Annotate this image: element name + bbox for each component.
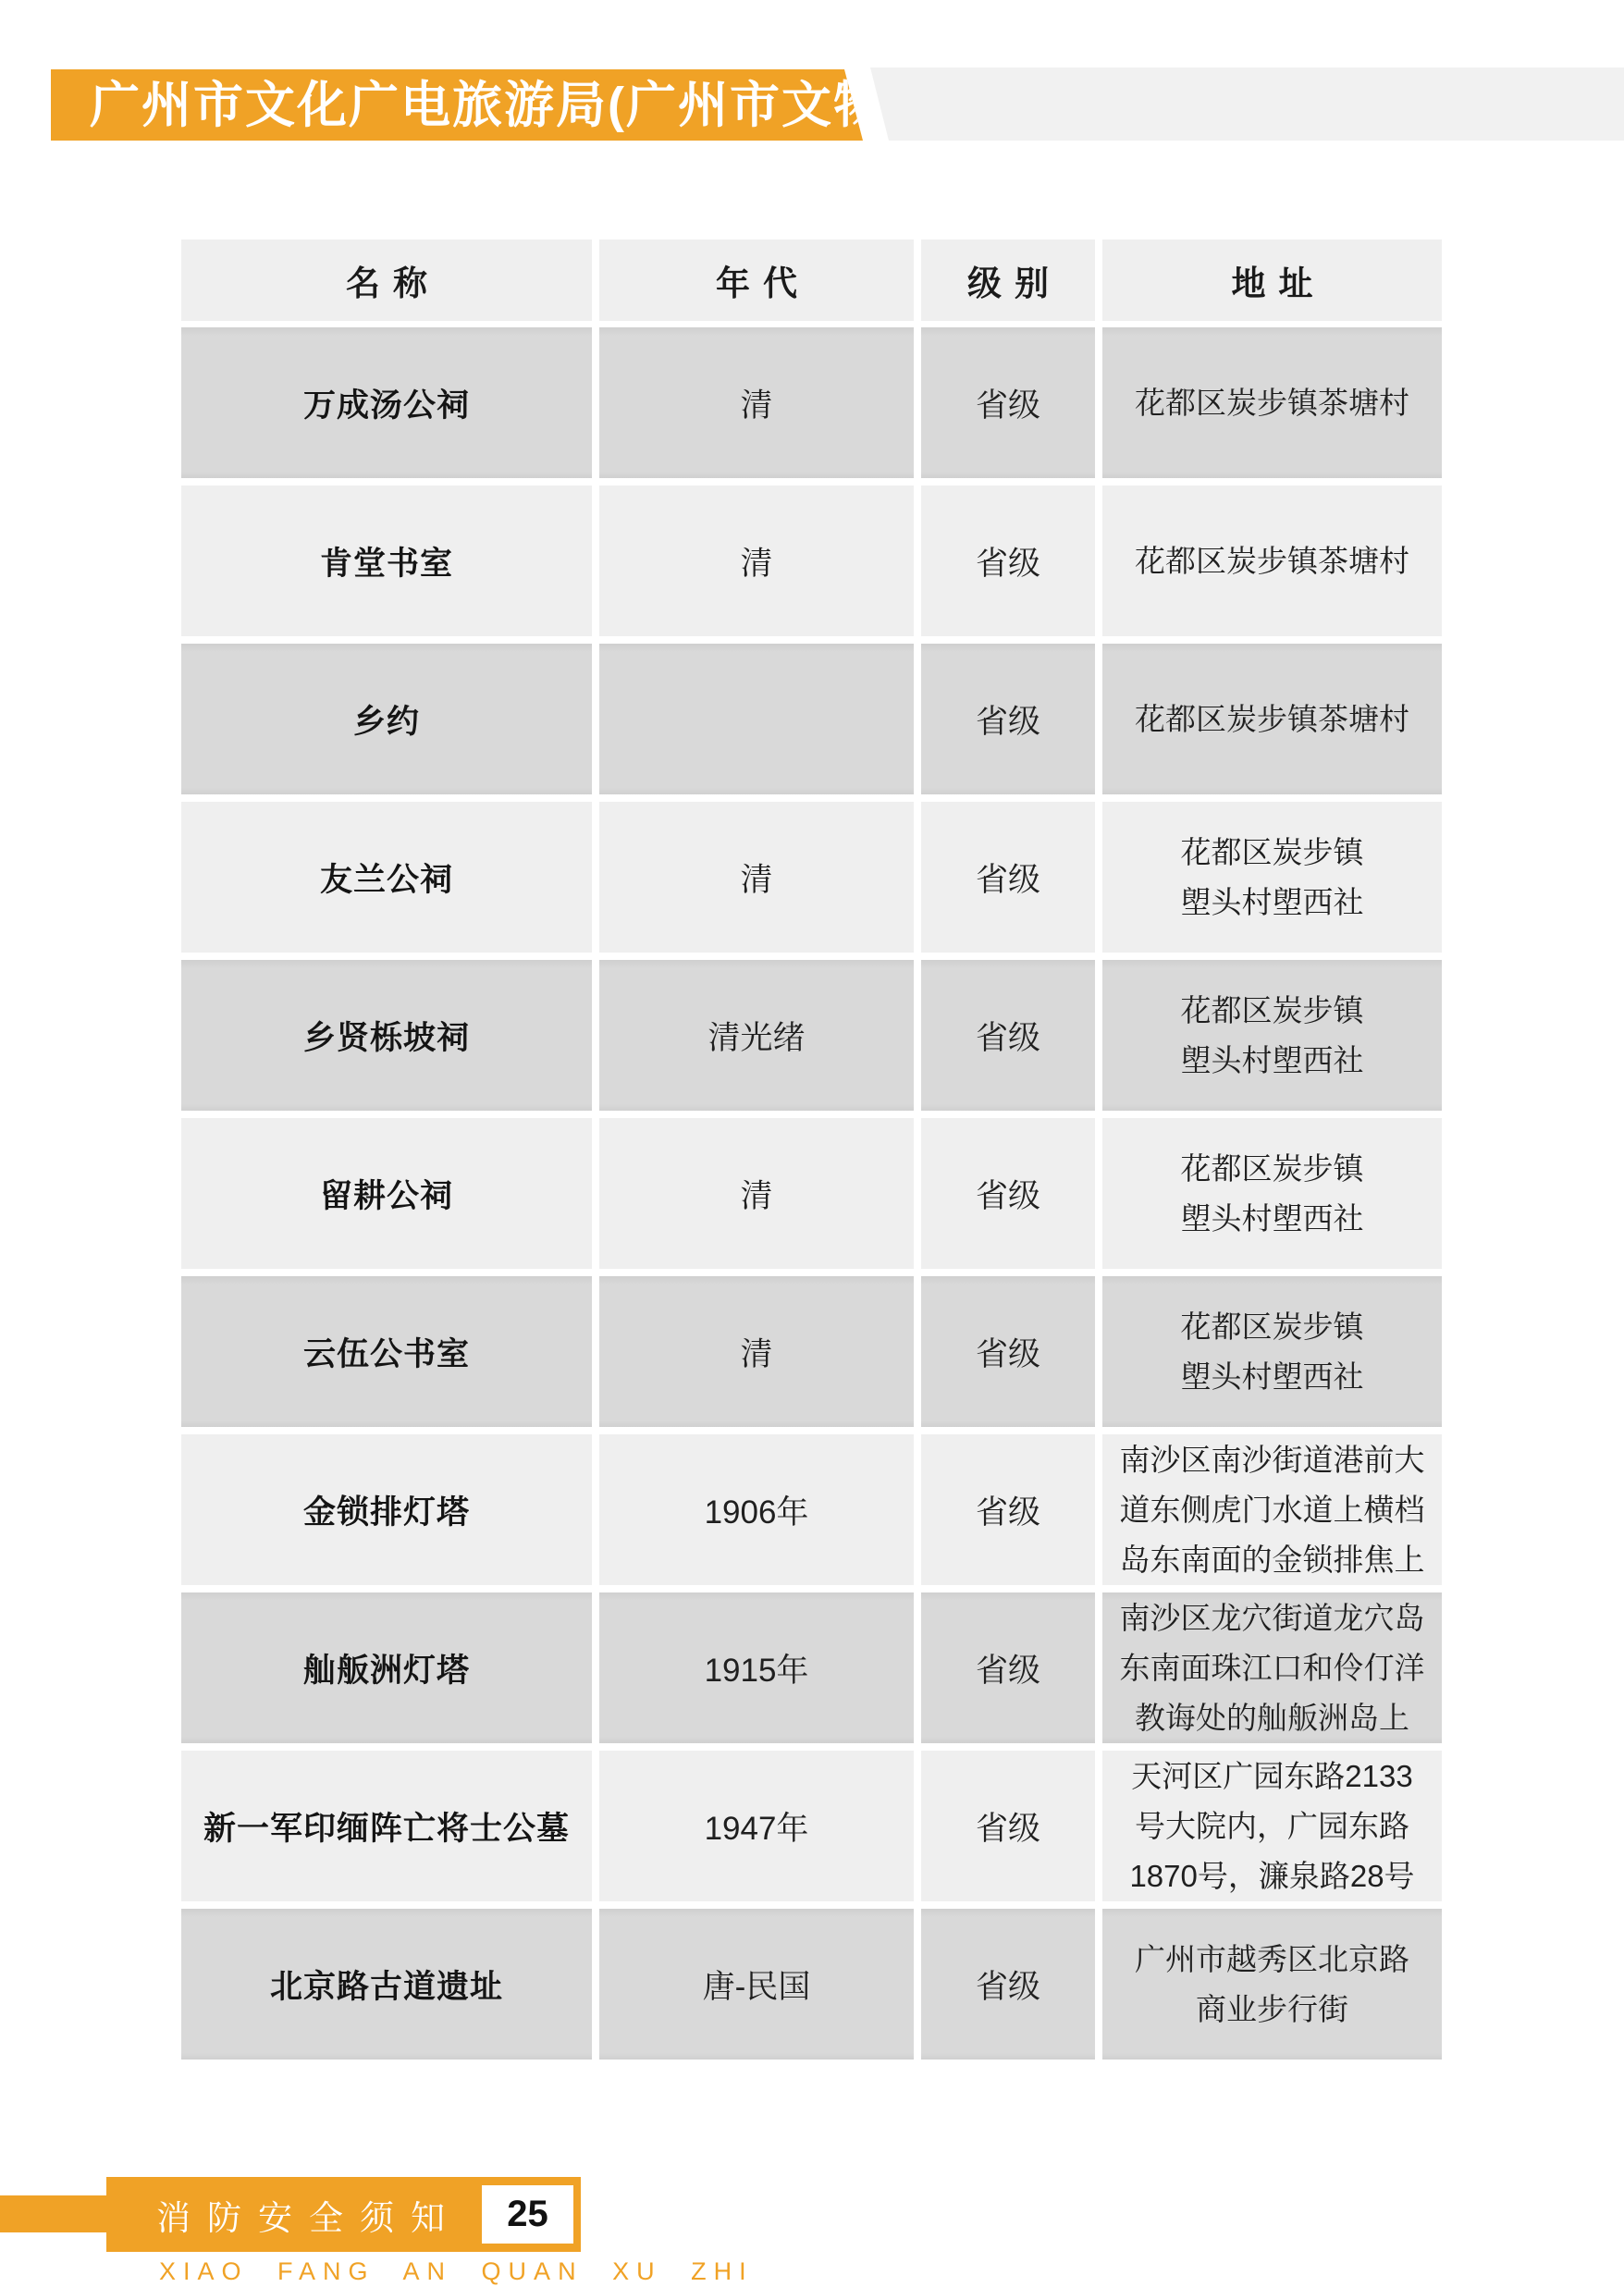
cell-era: 1906年 [599,1434,914,1585]
cell-level: 省级 [921,1751,1095,1901]
footer-pinyin: XIAO FANG AN QUAN XU ZHI [159,2257,754,2286]
footer-left-bar [0,2195,106,2232]
cell-name: 舢舨洲灯塔 [181,1592,592,1743]
address-line: 塱头村塱西社 [1181,1352,1364,1402]
header-gray-band [870,68,1624,141]
cell-name: 乡贤栎坡祠 [181,960,592,1111]
cell-name: 金锁排灯塔 [181,1434,592,1585]
address-line: 花都区炭步镇 [1181,986,1364,1036]
cell-level: 省级 [921,486,1095,636]
address-line: 塱头村塱西社 [1181,878,1364,928]
table-row: 肯堂书室清省级花都区炭步镇茶塘村 [181,486,1442,636]
address-line: 1870号，濂泉路28号 [1129,1851,1414,1901]
cell-era: 清 [599,327,914,478]
address-line: 南沙区龙穴街道龙穴岛 [1120,1593,1425,1643]
cell-address: 花都区炭步镇塱头村塱西社 [1102,802,1442,953]
cell-name: 万成汤公祠 [181,327,592,478]
address-line: 商业步行街 [1196,1985,1348,2035]
address-line: 天河区广园东路2133 [1131,1752,1412,1801]
header-banner: 广州市文化广电旅游局(广州市文物局) [51,69,863,141]
cell-era: 清 [599,1118,914,1269]
cell-level: 省级 [921,1434,1095,1585]
cell-era: 清 [599,1276,914,1427]
column-header-level: 级别 [921,240,1095,321]
cell-address: 南沙区南沙街道港前大道东侧虎门水道上横档岛东南面的金锁排焦上 [1102,1434,1442,1585]
address-line: 花都区炭步镇 [1181,828,1364,878]
address-line: 东南面珠江口和伶仃洋 [1120,1643,1425,1693]
footer-title: 消防安全须知 [156,2190,461,2240]
address-line: 岛东南面的金锁排焦上 [1120,1535,1425,1585]
cell-level: 省级 [921,802,1095,953]
cell-name: 乡约 [181,644,592,794]
cell-name: 云伍公书室 [181,1276,592,1427]
cell-level: 省级 [921,644,1095,794]
document-page: 广州市文化广电旅游局(广州市文物局) 名称 年代 级别 地址 万成汤公祠清省级花… [0,0,1624,2287]
cell-address: 花都区炭步镇茶塘村 [1102,644,1442,794]
address-line: 塱头村塱西社 [1181,1036,1364,1086]
address-line: 道东侧虎门水道上横档 [1120,1485,1425,1535]
table-row: 留耕公祠清省级花都区炭步镇塱头村塱西社 [181,1118,1442,1269]
footer-title-block: 消防安全须知 25 [106,2177,581,2252]
cell-address: 南沙区龙穴街道龙穴岛东南面珠江口和伶仃洋教诲处的舢舨洲岛上 [1102,1592,1442,1743]
cell-level: 省级 [921,1592,1095,1743]
cell-level: 省级 [921,1276,1095,1427]
cell-era [599,644,914,794]
address-line: 塱头村塱西社 [1181,1194,1364,1244]
address-line: 教诲处的舢舨洲岛上 [1135,1693,1409,1743]
address-line: 花都区炭步镇茶塘村 [1135,378,1409,428]
table-header-row: 名称 年代 级别 地址 [181,240,1442,321]
cell-era: 清 [599,802,914,953]
address-line: 南沙区南沙街道港前大 [1120,1435,1425,1485]
cell-address: 花都区炭步镇茶塘村 [1102,486,1442,636]
address-line: 花都区炭步镇 [1181,1144,1364,1194]
table-row: 新一军印缅阵亡将士公墓1947年省级天河区广园东路2133号大院内，广园东路18… [181,1751,1442,1901]
address-line: 花都区炭步镇 [1181,1302,1364,1352]
table-row: 乡贤栎坡祠清光绪省级花都区炭步镇塱头村塱西社 [181,960,1442,1111]
cell-name: 新一军印缅阵亡将士公墓 [181,1751,592,1901]
column-header-address: 地址 [1102,240,1442,321]
cell-era: 清光绪 [599,960,914,1111]
page-number: 25 [507,2194,548,2235]
cell-level: 省级 [921,1118,1095,1269]
cell-level: 省级 [921,327,1095,478]
table-row: 友兰公祠清省级花都区炭步镇塱头村塱西社 [181,802,1442,953]
address-line: 广州市越秀区北京路 [1135,1935,1409,1985]
address-line: 花都区炭步镇茶塘村 [1135,536,1409,586]
column-header-name: 名称 [181,240,592,321]
table-row: 北京路古道遗址唐-民国省级广州市越秀区北京路商业步行街 [181,1909,1442,2060]
cell-era: 1947年 [599,1751,914,1901]
cell-name: 肯堂书室 [181,486,592,636]
cell-address: 花都区炭步镇塱头村塱西社 [1102,1118,1442,1269]
table-row: 舢舨洲灯塔1915年省级南沙区龙穴街道龙穴岛东南面珠江口和伶仃洋教诲处的舢舨洲岛… [181,1592,1442,1743]
cell-era: 1915年 [599,1592,914,1743]
table-row: 云伍公书室清省级花都区炭步镇塱头村塱西社 [181,1276,1442,1427]
column-header-era: 年代 [599,240,914,321]
cell-address: 花都区炭步镇茶塘村 [1102,327,1442,478]
page-title: 广州市文化广电旅游局(广州市文物局) [90,78,955,133]
table-row: 金锁排灯塔1906年省级南沙区南沙街道港前大道东侧虎门水道上横档岛东南面的金锁排… [181,1434,1442,1585]
cell-address: 天河区广园东路2133号大院内，广园东路1870号，濂泉路28号 [1102,1751,1442,1901]
cell-level: 省级 [921,1909,1095,2060]
cell-name: 留耕公祠 [181,1118,592,1269]
cell-address: 花都区炭步镇塱头村塱西社 [1102,960,1442,1111]
cell-name: 友兰公祠 [181,802,592,953]
address-line: 号大院内，广园东路 [1135,1801,1409,1851]
table-body: 万成汤公祠清省级花都区炭步镇茶塘村肯堂书室清省级花都区炭步镇茶塘村乡约省级花都区… [181,327,1442,2060]
table-row: 万成汤公祠清省级花都区炭步镇茶塘村 [181,327,1442,478]
cell-level: 省级 [921,960,1095,1111]
heritage-table: 名称 年代 级别 地址 万成汤公祠清省级花都区炭步镇茶塘村肯堂书室清省级花都区炭… [181,240,1442,2067]
table-row: 乡约省级花都区炭步镇茶塘村 [181,644,1442,794]
cell-era: 唐-民国 [599,1909,914,2060]
cell-address: 花都区炭步镇塱头村塱西社 [1102,1276,1442,1427]
cell-era: 清 [599,486,914,636]
address-line: 花都区炭步镇茶塘村 [1135,695,1409,744]
cell-name: 北京路古道遗址 [181,1909,592,2060]
page-number-box: 25 [482,2185,573,2244]
cell-address: 广州市越秀区北京路商业步行街 [1102,1909,1442,2060]
